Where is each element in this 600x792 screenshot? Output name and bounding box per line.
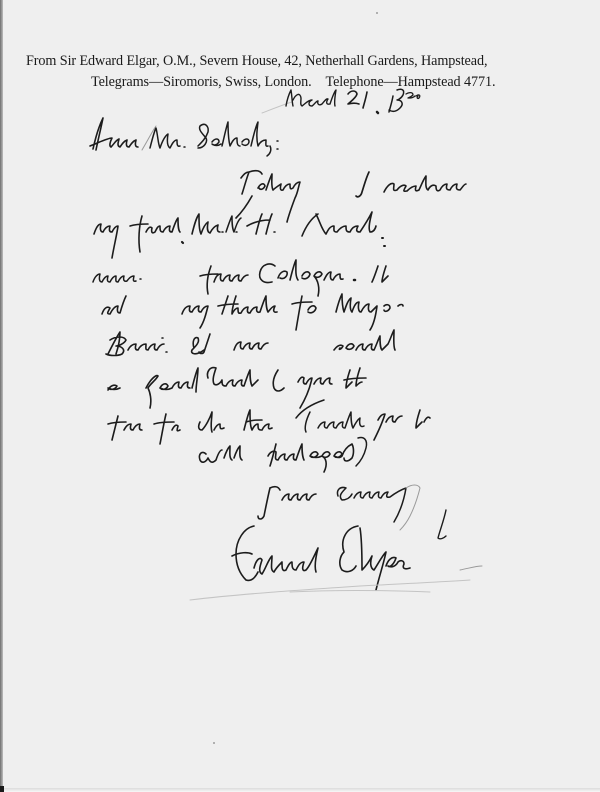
- letterhead-telegrams: Telegrams—Siromoris, Swiss, London.: [91, 74, 312, 90]
- scan-left-edge: [0, 0, 3, 792]
- paper-speck: [213, 742, 215, 744]
- paper-speck: [376, 12, 378, 14]
- scan-bottom-edge: [0, 788, 600, 792]
- letterhead-address: From Sir Edward Elgar, O.M., Severn Hous…: [26, 53, 487, 70]
- scan-corner-mark: [0, 786, 4, 792]
- letter-page: From Sir Edward Elgar, O.M., Severn Hous…: [0, 0, 600, 792]
